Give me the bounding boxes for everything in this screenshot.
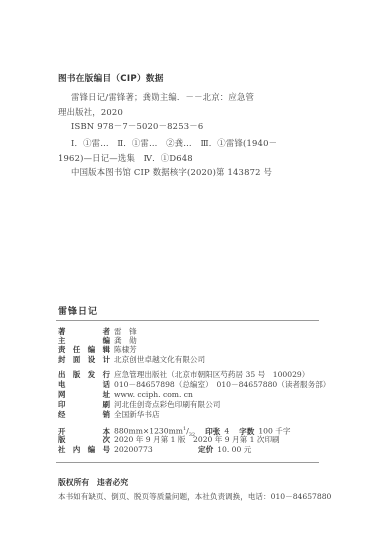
edition-label: 版 次 (58, 435, 110, 444)
credit-label: 著 者 (58, 327, 110, 336)
cip-isbn: ISBN 978－7－5020－8253－6 (71, 120, 203, 132)
phone-value: 010－84657898（总编室） 010－84657880（读者服务部） (114, 380, 330, 389)
distributor-value: 全国新华书店 (114, 410, 160, 419)
distributor-row: 经 销全国新华书店 (58, 410, 160, 419)
internal-code-row: 社内编号20200773定价10. 00 元 (58, 445, 251, 454)
credit-row-author: 著 者雷 锋 (58, 327, 137, 336)
format-fraction-numerator: 1 (183, 426, 186, 432)
cip-record-number: 中国版本图书馆 CIP 数据核字(2020)第 143872 号 (71, 166, 272, 178)
website-value: www. cciph. com. cn (114, 390, 193, 399)
website-row: 网 址www. cciph. com. cn (58, 390, 193, 399)
credit-row-cover-design: 封面设计北京创世卓越文化有限公司 (58, 355, 205, 364)
copyright-notice: 版权所有 违者必究 (58, 477, 128, 488)
cip-classification-line-1: Ⅰ．①雷… Ⅱ．①雷… ②龚… Ⅲ．①雷锋(1940－ (71, 137, 277, 149)
internal-code-value: 20200773 (114, 445, 186, 454)
book-title: 雷锋日记 (58, 304, 98, 317)
credit-value: 北京创世卓越文化有限公司 (114, 355, 205, 364)
credit-value: 雷 锋 (114, 327, 137, 336)
publisher-label: 出版发行 (58, 370, 110, 379)
internal-code-label: 社内编号 (58, 445, 110, 454)
cip-entry-line-1: 雷锋日记/雷锋著；龚勋主编．－－北京：应急管 (71, 91, 254, 103)
printer-label: 印 刷 (58, 400, 110, 409)
price-label: 定价 (198, 445, 213, 454)
edition-row: 版 次2020 年 9 月第 1 版 2020 年 9 月第 1 次印刷 (58, 435, 280, 444)
edition-value: 2020 年 9 月第 1 版 2020 年 9 月第 1 次印刷 (114, 435, 280, 444)
title-divider (56, 320, 319, 321)
publisher-value: 应急管理出版社（北京市朝阳区芍药居 35 号 100029） (114, 370, 309, 379)
printer-value: 河北佳创奇点彩色印刷有限公司 (114, 400, 220, 409)
cip-classification-line-2: 1962)—日记—选集 Ⅳ．①D648 (58, 152, 193, 164)
printer-row: 印 刷河北佳创奇点彩色印刷有限公司 (58, 400, 220, 409)
phone-label: 电 话 (58, 380, 110, 389)
website-label: 网 址 (58, 390, 110, 399)
credit-value: 龚 勋 (114, 336, 137, 345)
credit-label: 责任编辑 (58, 345, 110, 354)
footer-divider (56, 462, 319, 463)
credit-value: 陈棣芳 (114, 345, 137, 354)
phone-row: 电 话010－84657898（总编室） 010－84657880（读者服务部） (58, 380, 330, 389)
price-value: 10. 00 元 (217, 445, 251, 454)
credit-row-editor-in-chief: 主 编龚 勋 (58, 336, 137, 345)
distributor-label: 经 销 (58, 410, 110, 419)
credit-row-responsible-editor: 责任编辑陈棣芳 (58, 345, 137, 354)
credit-label: 封面设计 (58, 355, 110, 364)
cip-heading: 图书在版编目（CIP）数据 (58, 72, 164, 84)
publisher-row: 出版发行应急管理出版社（北京市朝阳区芍药居 35 号 100029） (58, 370, 309, 379)
credit-label: 主 编 (58, 336, 110, 345)
cip-entry-line-2: 理出版社，2020 (58, 106, 123, 118)
quality-notice: 本书如有缺页、倒页、脱页等质量问题，本社负责调换，电话：010－84657880 (58, 491, 331, 502)
